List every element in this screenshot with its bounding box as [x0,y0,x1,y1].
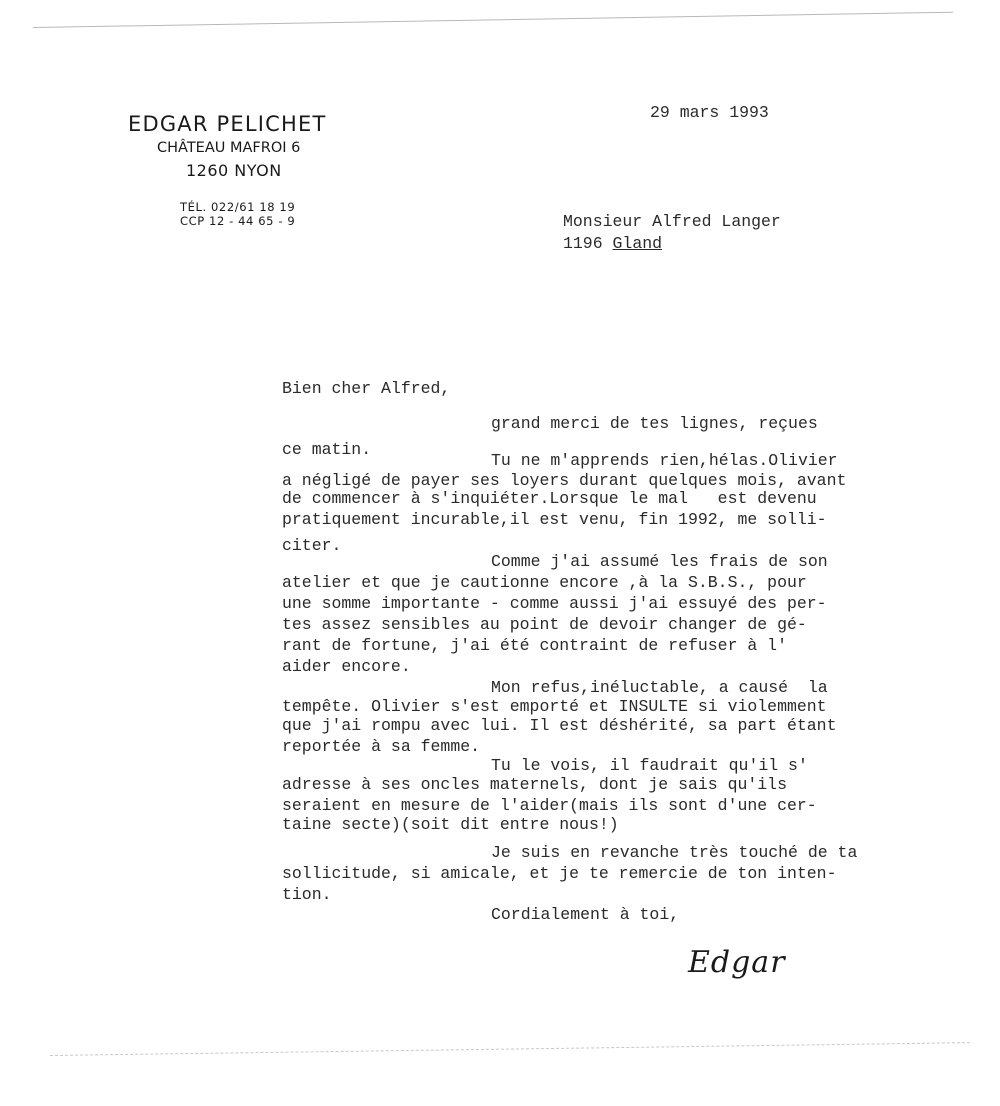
letter-line: tes assez sensibles au point de devoir c… [282,615,807,634]
recipient-town: Gland [613,234,663,253]
letter-line: Tu ne m'apprends rien,hélas.Olivier [491,451,838,470]
letter-line: Tu le vois, il faudrait qu'il s' [491,756,808,775]
letter-line: tion. [282,885,332,904]
letter-line: Comme j'ai assumé les frais de son [491,552,828,571]
letter-line: Cordialement à toi, [491,905,679,924]
letter-line: ce matin. [282,440,371,459]
letter-line: atelier et que je cautionne encore ,à la… [282,573,807,592]
recipient-postcode: 1196 [563,234,613,253]
sender-street: CHÂTEAU MAFROI 6 [157,140,300,156]
recipient-name: Monsieur Alfred Langer [563,212,781,231]
letter-line: aider encore. [282,657,411,676]
sender-ccp: CCP 12 - 44 65 - 9 [180,214,295,228]
letter-line: Je suis en revanche très touché de ta [491,843,857,862]
top-rule [33,12,953,28]
letter-line: de commencer à s'inquiéter.Lorsque le ma… [282,489,817,508]
letter-date: 29 mars 1993 [650,103,769,122]
sender-name: EDGAR PELICHET [128,112,327,136]
sender-telephone: TÉL. 022/61 18 19 [180,200,295,214]
letter-line: seraient en mesure de l'aider(mais ils s… [282,796,817,815]
letter-line: grand merci de tes lignes, reçues [491,414,818,433]
sender-city: 1260 NYON [186,161,282,180]
letter-line: Bien cher Alfred, [282,379,450,398]
letter-line: reportée à sa femme. [282,737,480,756]
letter-line: a négligé de payer ses loyers durant que… [282,471,846,490]
letter-line: Mon refus,inéluctable, a causé la [491,678,828,697]
recipient-address: 1196 Gland [563,234,662,253]
letter-line: que j'ai rompu avec lui. Il est déshérit… [282,716,837,735]
letter-line: tempête. Olivier s'est emporté et INSULT… [282,697,827,716]
letter-line: taine secte)(soit dit entre nous!) [282,815,619,834]
letter-line: sollicitude, si amicale, et je te remerc… [282,864,837,883]
bottom-rule [50,1042,970,1056]
handwritten-signature: Edgar [688,945,786,980]
letter-line: adresse à ses oncles maternels, dont je … [282,775,787,794]
letter-line: pratiquement incurable,il est venu, fin … [282,510,827,529]
letter-line: une somme importante - comme aussi j'ai … [282,594,827,613]
letter-line: rant de fortune, j'ai été contraint de r… [282,636,787,655]
letter-line: citer. [282,536,341,555]
